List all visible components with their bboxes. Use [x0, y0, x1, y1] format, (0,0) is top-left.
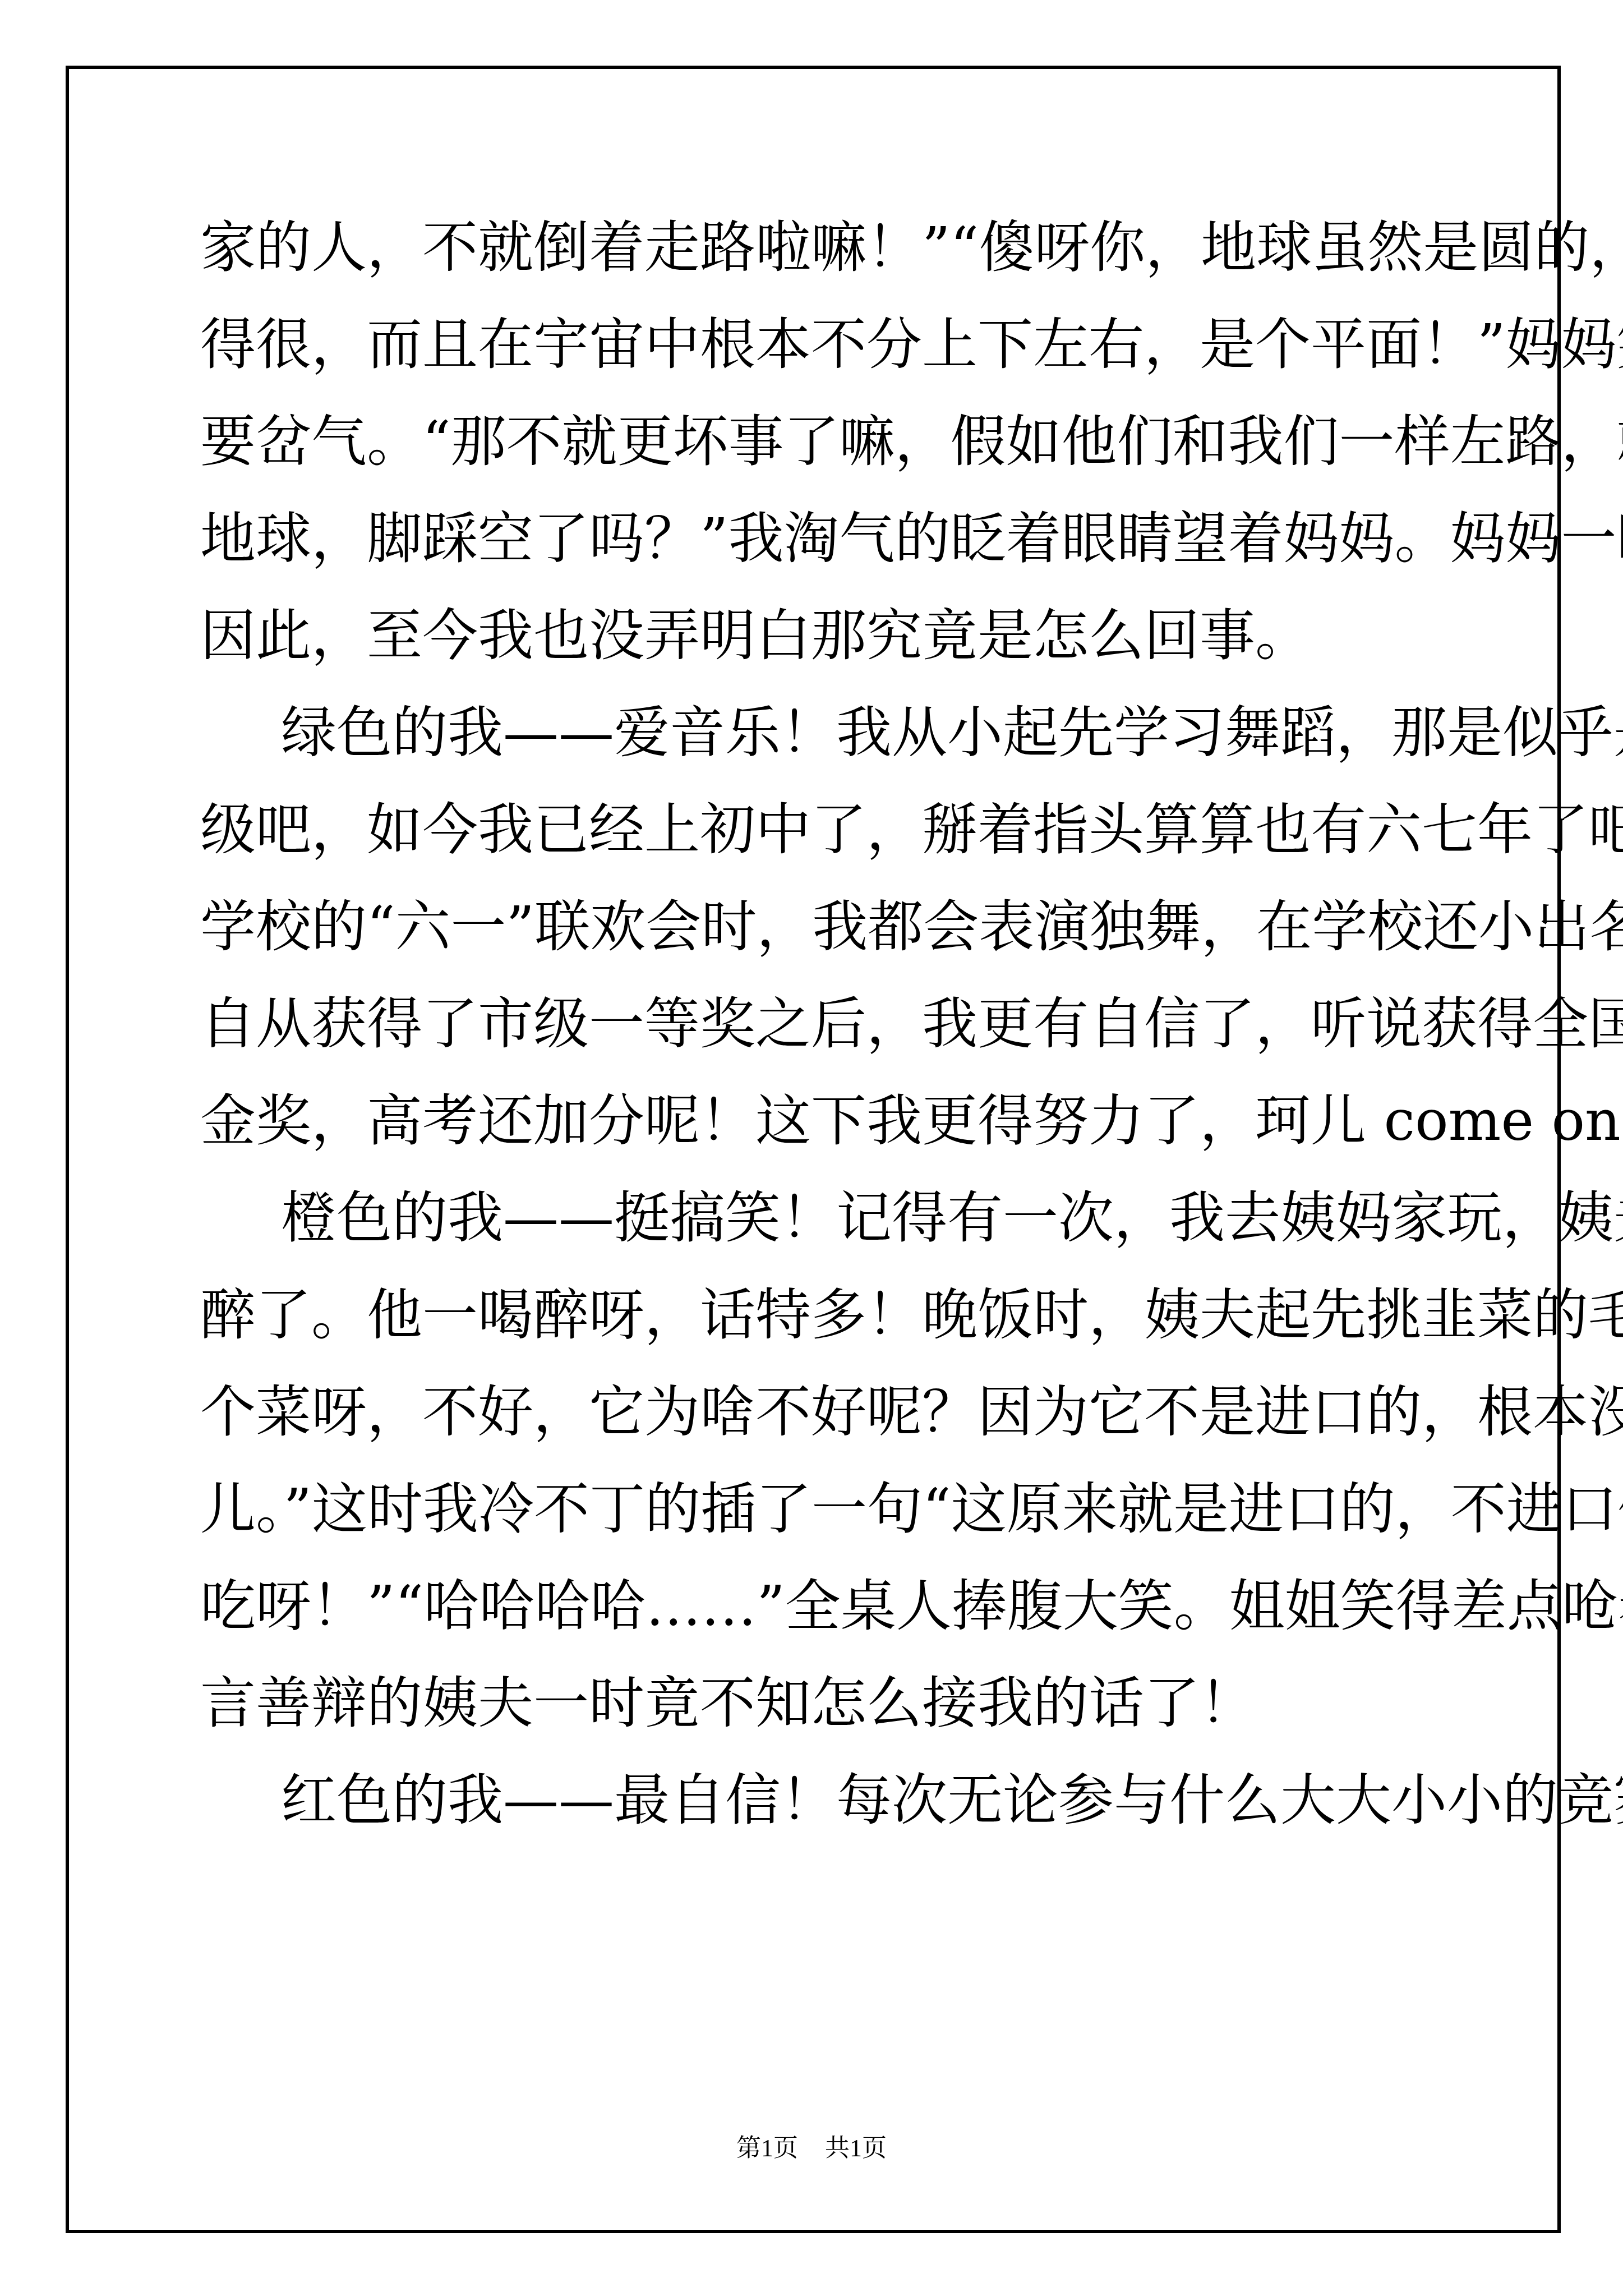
text-line-4: 地球，脚踩空了吗？”我淘气的眨着眼睛望着妈妈。妈妈一时无语。	[200, 490, 1434, 587]
text-line-3: 要岔气。“那不就更坏事了嘛，假如他们和我们一样左路，就头顶着	[200, 393, 1434, 490]
text-line-14: 儿。”这时我冷不丁的插了一句“这原来就是进口的，不进口你怎么	[200, 1461, 1434, 1558]
document-body: 家的人，不就倒着走路啦嘛！”“傻呀你，地球虽然是圆的，但它大 得很，而且在宇宙中…	[200, 199, 1434, 1849]
text-line-5: 因此，至今我也没弄明白那究竟是怎么回事。	[200, 587, 1434, 684]
paragraph-orange-start: 橙色的我——挺搞笑！记得有一次，我去姨妈家玩，姨夫喝酒喝	[200, 1170, 1434, 1267]
text-line-10: 金奖，高考还加分呢！这下我更得努力了，珂儿 come on!	[200, 1073, 1434, 1170]
text-line-12: 醉了。他一喝醉呀，话特多！晚饭时，姨夫起先挑韭菜的毛病：“这	[200, 1267, 1434, 1364]
text-line-16: 言善辩的姨夫一时竟不知怎么接我的话了！	[200, 1655, 1434, 1752]
text-line-7: 级吧，如今我已经上初中了，掰着指头算算也有六七年了吧！每次在	[200, 781, 1434, 878]
text-line-8: 学校的“六一”联欢会时，我都会表演独舞，在学校还小出名气呢！	[200, 878, 1434, 976]
paragraph-red-start: 红色的我——最自信！每次无论参与什么大大小小的竞赛。还没	[200, 1752, 1434, 1849]
text-line-15: 吃呀！”“哈哈哈哈……”全桌人捧腹大笑。姐姐笑得差点呛着。能	[200, 1558, 1434, 1655]
text-line-2: 得很，而且在宇宙中根本不分上下左右，是个平面！”妈妈笑得简直	[200, 296, 1434, 393]
text-line-9: 自从获得了市级一等奖之后，我更有自信了，听说获得全国竞赛的的	[200, 976, 1434, 1073]
page-number-current: 第1页	[736, 2134, 798, 2162]
text-line-13: 个菜呀，不好，它为啥不好呢？因为它不是进口的，根本没有韭菜味	[200, 1364, 1434, 1461]
page-footer: 第1页共1页	[0, 2132, 1623, 2165]
page-number-total: 共1页	[825, 2134, 887, 2162]
paragraph-green-start: 绿色的我——爱音乐！我从小起先学习舞蹈，那是似乎是上一年	[200, 684, 1434, 781]
text-line-1: 家的人，不就倒着走路啦嘛！”“傻呀你，地球虽然是圆的，但它大	[200, 199, 1434, 296]
